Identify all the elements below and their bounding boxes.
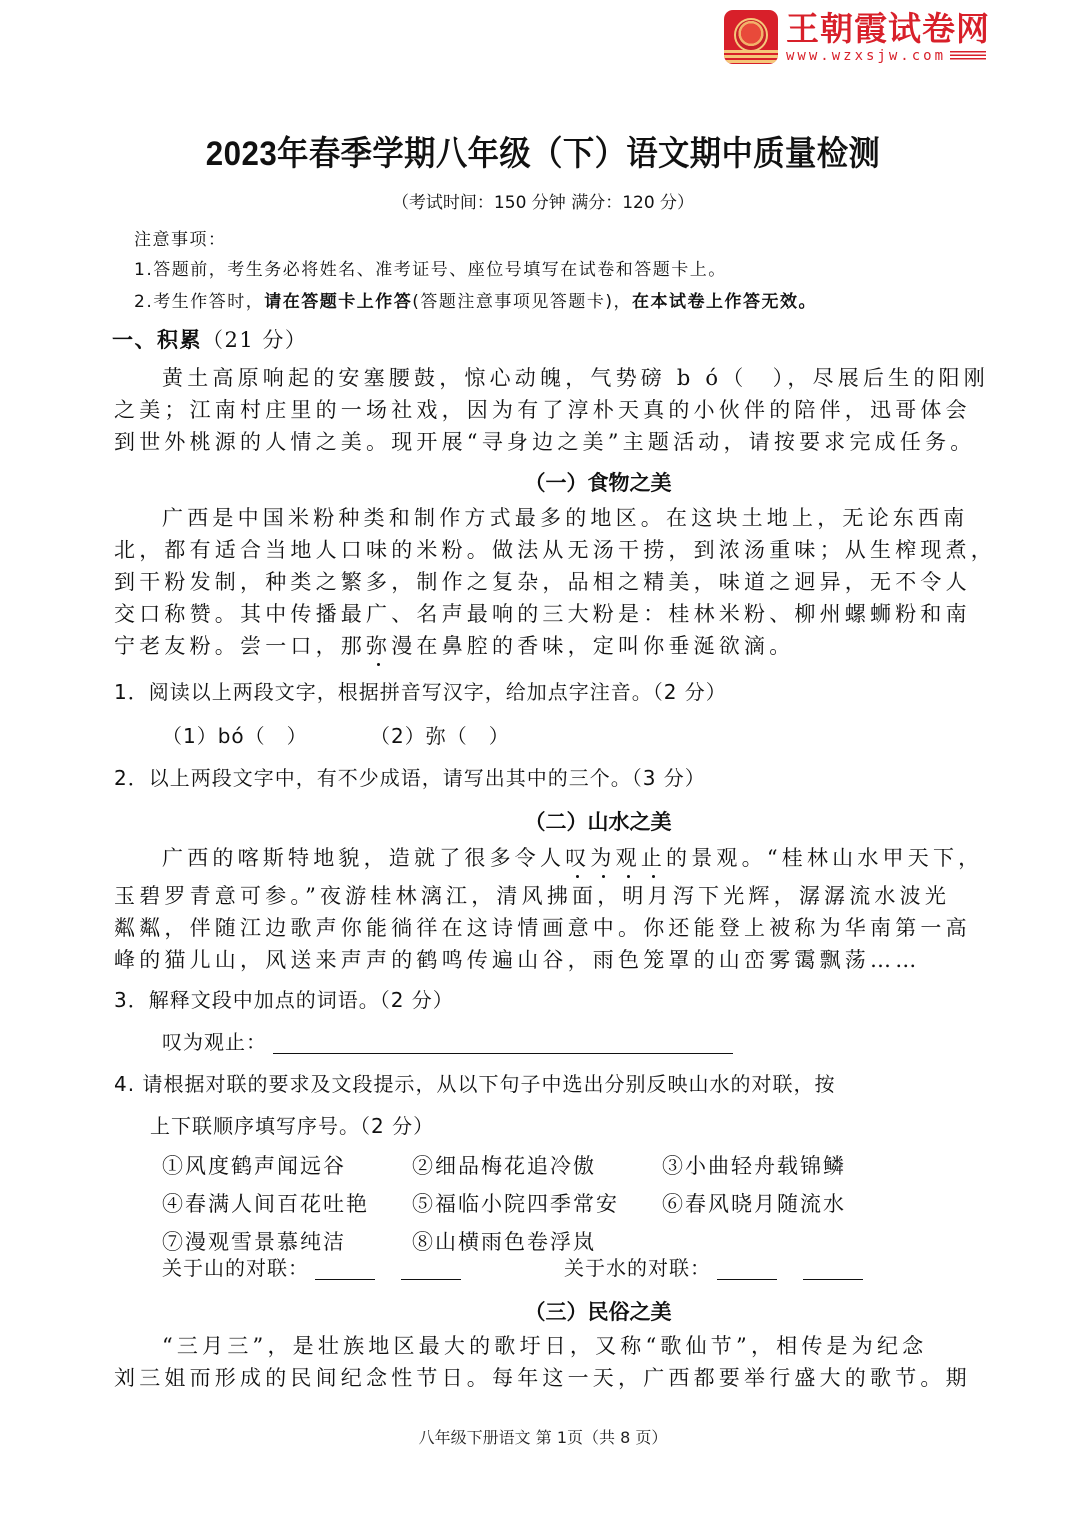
part-3-line-2: 刘三姐而形成的民间纪念性节日。每年这一天，广西都要举行盛大的歌节。期 (114, 1366, 971, 1390)
site-logo: 王朝霞试卷网 www.wzxsjw.com (724, 10, 990, 70)
part-2-heading: （二）山水之美 (0, 806, 1086, 836)
option-8: ⑧山横雨色卷浮岚 (412, 1226, 662, 1256)
mountain-blank-1[interactable] (315, 1261, 375, 1280)
waves-icon (950, 51, 986, 61)
part-1-line-3: 到干粉发制，种类之繁多，制作之复杂，品相之精美，味道之迥异，无不令人 (114, 570, 971, 594)
part-2-line-4: 峰的猫儿山，风送来声声的鹤鸣传遍山谷，雨色笼罩的山峦雾霭飘荡…… (114, 948, 920, 972)
part-2-line-1-before: 广西的喀斯特地貌，造就了很多令人 (162, 846, 565, 870)
question-1-sub-1: （1）bó（ ） (162, 724, 308, 748)
part-1-heading: （一）食物之美 (0, 467, 1086, 497)
question-4-line-1: 4. 请根据对联的要求及文段提示，从以下句子中选出分别反映山水的对联，按 (114, 1072, 835, 1096)
water-couplet-label: 关于水的对联： (564, 1256, 711, 1280)
water-couplet-row: 关于水的对联： (564, 1256, 863, 1280)
couplet-options: ①风度鹤声闻远谷 ②细品梅花追冷傲 ③小曲轻舟载锦鳞 ④春满人间百花吐艳 ⑤福临… (162, 1150, 912, 1256)
option-7: ⑦漫观雪景慕纯洁 (162, 1226, 412, 1256)
intro-line-1: 黄土高原响起的安塞腰鼓，惊心动魄，气势磅 b ó（ ），尽展后生的阳刚 (162, 366, 989, 390)
water-blank-1[interactable] (717, 1261, 777, 1280)
dotted-char: 为 (590, 846, 615, 870)
intro-line-3: 到世外桃源的人情之美。现开展“寻身边之美”主题活动，请按要求完成任务。 (114, 430, 975, 454)
notice-label: 注意事项： (134, 228, 227, 252)
exam-subtitle: （考试时间：150 分钟 满分：120 分） (0, 188, 1086, 213)
part-1-line-1: 广西是中国米粉种类和制作方式最多的地区。在这块土地上，无论东西南 (162, 506, 968, 530)
option-3: ③小曲轻舟载锦鳞 (662, 1150, 912, 1180)
mountain-couplet-row: 关于山的对联： (162, 1256, 461, 1280)
mountain-couplet-label: 关于山的对联： (162, 1256, 309, 1280)
question-4-line-2: 上下联顺序填写序号。（2 分） (150, 1114, 434, 1138)
logo-url: www.wzxsjw.com (786, 48, 990, 64)
section-1-heading: 一、积累（21 分） (112, 328, 307, 352)
logo-url-text: www.wzxsjw.com (786, 48, 946, 64)
notice-item-2-mid: (答题注意事项见答题卡)， (412, 292, 632, 312)
part-2-line-1-after: 的景观。“桂林山水甲天下， (666, 846, 983, 870)
logo-medal-icon (724, 10, 778, 64)
part-1-line-2: 北，都有适合当地人口味的米粉。做法从无汤干捞，到浓汤重味；从生榨现煮， (114, 538, 996, 562)
intro-line-2: 之美；江南村庄里的一场社戏，因为有了淳朴天真的小伙伴的陪伴，迅哥体会 (114, 398, 971, 422)
dotted-char: 观 (616, 846, 641, 870)
part-2-line-1: 广西的喀斯特地貌，造就了很多令人叹为观止的景观。“桂林山水甲天下， (162, 846, 983, 870)
dotted-char: 弥 (366, 634, 391, 658)
water-blank-2[interactable] (803, 1261, 863, 1280)
notice-item-2-emphasis-2: 在本试卷上作答无效。 (632, 292, 817, 312)
question-3-label: 叹为观止： (162, 1030, 267, 1054)
part-2-line-2: 玉碧罗青意可参。”夜游桂林漓江，清风拂面，明月泻下光辉，潺潺流水波光 (114, 884, 950, 908)
notice-item-2-prefix: 2.考生作答时， (134, 292, 264, 312)
option-1: ①风度鹤声闻远谷 (162, 1150, 412, 1180)
logo-title: 王朝霞试卷网 (786, 10, 990, 48)
part-1-line-4: 交口称赞。其中传播最广、名声最响的三大粉是：桂林米粉、柳州螺蛳粉和南 (114, 602, 971, 626)
part-1-line-5-before: 宁老友粉。尝一口，那 (114, 634, 366, 658)
question-3-answer-row: 叹为观止： (162, 1030, 733, 1054)
option-6: ⑥春风晓月随流水 (662, 1188, 912, 1218)
option-5: ⑤福临小院四季常安 (412, 1188, 662, 1218)
part-1-line-5: 宁老友粉。尝一口，那弥漫在鼻腔的香味，定叫你垂涎欲滴。 (114, 634, 794, 658)
question-1: 1．阅读以上两段文字，根据拼音写汉字，给加点字注音。（2 分） (114, 680, 727, 704)
option-4: ④春满人间百花吐艳 (162, 1188, 412, 1218)
option-2: ②细品梅花追冷傲 (412, 1150, 662, 1180)
part-2-line-3: 粼粼，伴随江边歌声你能徜徉在这诗情画意中。你还能登上被称为华南第一高 (114, 916, 971, 940)
page-footer: 八年级下册语文 第 1页（共 8 页） (0, 1425, 1086, 1448)
exam-title: 2023年春季学期八年级（下）语文期中质量检测 (43, 126, 1042, 175)
dotted-char: 止 (641, 846, 666, 870)
question-2: 2．以上两段文字中，有不少成语，请写出其中的三个。（3 分） (114, 766, 706, 790)
question-3: 3．解释文段中加点的词语。（2 分） (114, 988, 454, 1012)
dotted-char: 叹 (565, 846, 590, 870)
section-1-title: 一、积累 (112, 328, 202, 352)
section-1-points: （21 分） (202, 328, 307, 352)
answer-blank[interactable] (273, 1035, 733, 1054)
notice-item-2-emphasis-1: 请在答题卡上作答 (264, 292, 412, 312)
notice-item-1: 1.答题前，考生务必将姓名、准考证号、座位号填写在试卷和答题卡上。 (134, 258, 727, 282)
part-1-line-5-after: 漫在鼻腔的香味，定叫你垂涎欲滴。 (391, 634, 794, 658)
notice-item-2: 2.考生作答时，请在答题卡上作答(答题注意事项见答题卡)，在本试卷上作答无效。 (134, 290, 817, 314)
part-3-heading: （三）民俗之美 (0, 1296, 1086, 1326)
question-1-sub-2: （2）弥（ ） (370, 724, 510, 748)
mountain-blank-2[interactable] (401, 1261, 461, 1280)
part-3-line-1: “三月三”，是壮族地区最大的歌圩日，又称“歌仙节”，相传是为纪念 (162, 1334, 927, 1358)
